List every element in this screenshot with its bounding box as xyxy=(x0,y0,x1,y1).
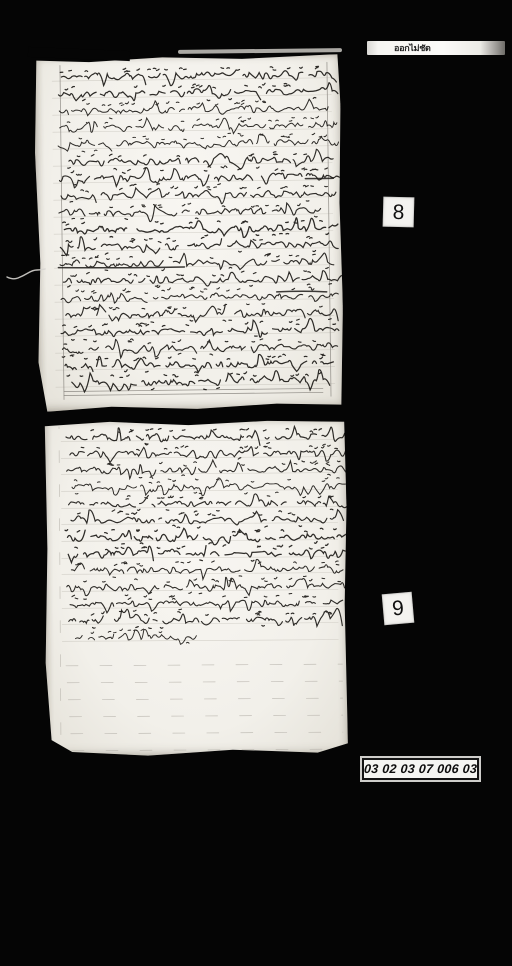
manuscript-page-8 xyxy=(34,54,344,412)
page-edge-sliver xyxy=(178,48,342,54)
catalog-number-label: 03 02 03 07 006 03 xyxy=(362,758,479,780)
frame-number-8-text: 8 xyxy=(392,201,404,222)
microfilm-frame: ออกไม่ชัด 8 9 03 02 03 07 006 03 xyxy=(0,0,512,966)
frame-number-9-card: 9 xyxy=(382,592,415,625)
manuscript-page-9 xyxy=(43,419,348,757)
film-note-text: ออกไม่ชัด xyxy=(394,42,431,55)
binding-thread-icon xyxy=(6,258,48,282)
handwriting-page-9 xyxy=(43,419,348,757)
catalog-number-text: 03 02 03 07 006 03 xyxy=(363,762,477,776)
page-corner-shadow xyxy=(28,47,130,61)
frame-number-9-text: 9 xyxy=(391,598,404,620)
frame-number-8-card: 8 xyxy=(383,197,415,228)
handwriting-page-8 xyxy=(34,54,344,412)
film-note-label: ออกไม่ชัด xyxy=(367,41,505,55)
